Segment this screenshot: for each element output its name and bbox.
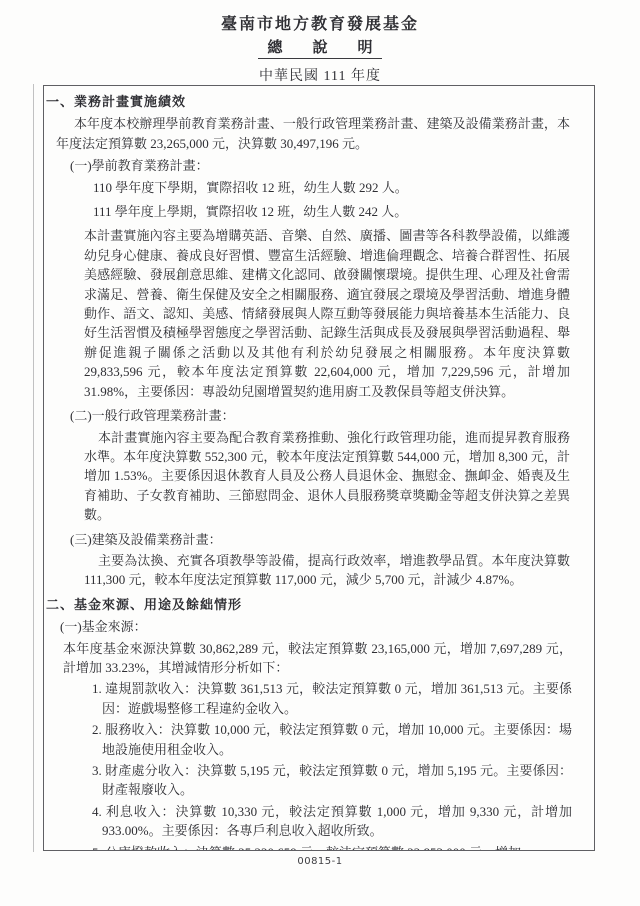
section-1-1-body: 本計畫實施內容主要為增購英語、音樂、自然、廣播、圖書等各科教學設備，以維護幼兒身… (84, 226, 570, 401)
section-1-3-heading: (三)建築及設備業務計畫： (70, 530, 576, 549)
page-title: 臺南市地方教育發展基金 (0, 11, 640, 34)
doc-subtitle: 總 說 明 (258, 41, 381, 59)
document-body-frame: 一、業務計畫實施績效 本年度本校辦理學前教育業務計畫、一般行政管理業務計畫、建築… (43, 85, 595, 851)
document-page: 臺南市地方教育發展基金 總 說 明 中華民國 111 年度 一、業務計畫實施績效… (0, 0, 640, 906)
enrollment-line-111: 111 學年度上學期，實際招收 12 班，幼生人數 242 人。 (93, 202, 576, 221)
fund-source-item-5: 5. 公庫撥款收入：決算數 25,220,659 元，較法定預算數 22,853… (102, 843, 572, 851)
fund-source-item-2: 2. 服務收入：決算數 10,000 元，較法定預算數 0 元，增加 10,00… (102, 720, 572, 759)
section-1-2-body: 本計畫實施內容主要為配合教育業務推動、強化行政管理功能，進而提昇教育服務水準。本… (84, 428, 570, 525)
fund-source-item-1: 1. 違規罰款收入：決算數 361,513 元，較法定預算數 0 元，增加 36… (102, 679, 572, 718)
scan-artifact-line (33, 84, 34, 852)
section-1-3-body: 主要為汰換、充實各項教學等設備，提高行政效率，增進教學品質。本年度決算數 111… (84, 551, 570, 590)
section-1-1-heading: (一)學前教育業務計畫： (70, 156, 576, 175)
section-2-1-heading: (一)基金來源： (60, 617, 576, 636)
section-2-heading: 二、基金來源、用途及餘絀情形 (46, 595, 576, 614)
fund-source-item-3: 3. 財產處分收入：決算數 5,195 元，較法定預算數 0 元，增加 5,19… (102, 761, 572, 800)
subsection-preschool-plan: (一)學前教育業務計畫： 110 學年度下學期，實際招收 12 班，幼生人數 2… (46, 156, 576, 401)
section-1-intro: 本年度本校辦理學前教育業務計畫、一般行政管理業務計畫、建築及設備業務計畫，本年度… (56, 114, 570, 153)
section-business-performance: 一、業務計畫實施績效 本年度本校辦理學前教育業務計畫、一般行政管理業務計畫、建築… (46, 92, 576, 590)
section-1-2-heading: (二)一般行政管理業務計畫： (70, 406, 576, 425)
doc-subtitle-row: 總 說 明 (0, 40, 640, 59)
section-2-1-intro: 本年度基金來源決算數 30,862,289 元，較法定預算數 23,165,00… (63, 639, 572, 678)
document-header: 臺南市地方教育發展基金 總 說 明 中華民國 111 年度 (0, 0, 640, 85)
doc-year: 中華民國 111 年度 (0, 65, 640, 85)
subsection-admin-plan: (二)一般行政管理業務計畫： 本計畫實施內容主要為配合教育業務推動、強化行政管理… (46, 406, 576, 524)
subsection-construction-plan: (三)建築及設備業務計畫： 主要為汰換、充實各項教學等設備，提高行政效率，增進教… (46, 530, 576, 590)
section-1-heading: 一、業務計畫實施績效 (46, 92, 576, 111)
footer-page-number: 00815-1 (0, 856, 640, 867)
section-fund-sources: 二、基金來源、用途及餘絀情形 (一)基金來源： 本年度基金來源決算數 30,86… (46, 595, 576, 851)
fund-source-item-4: 4. 利息收入：決算數 10,330 元，較法定預算數 1,000 元，增加 9… (102, 802, 572, 841)
enrollment-line-110: 110 學年度下學期，實際招收 12 班，幼生人數 292 人。 (93, 178, 576, 197)
